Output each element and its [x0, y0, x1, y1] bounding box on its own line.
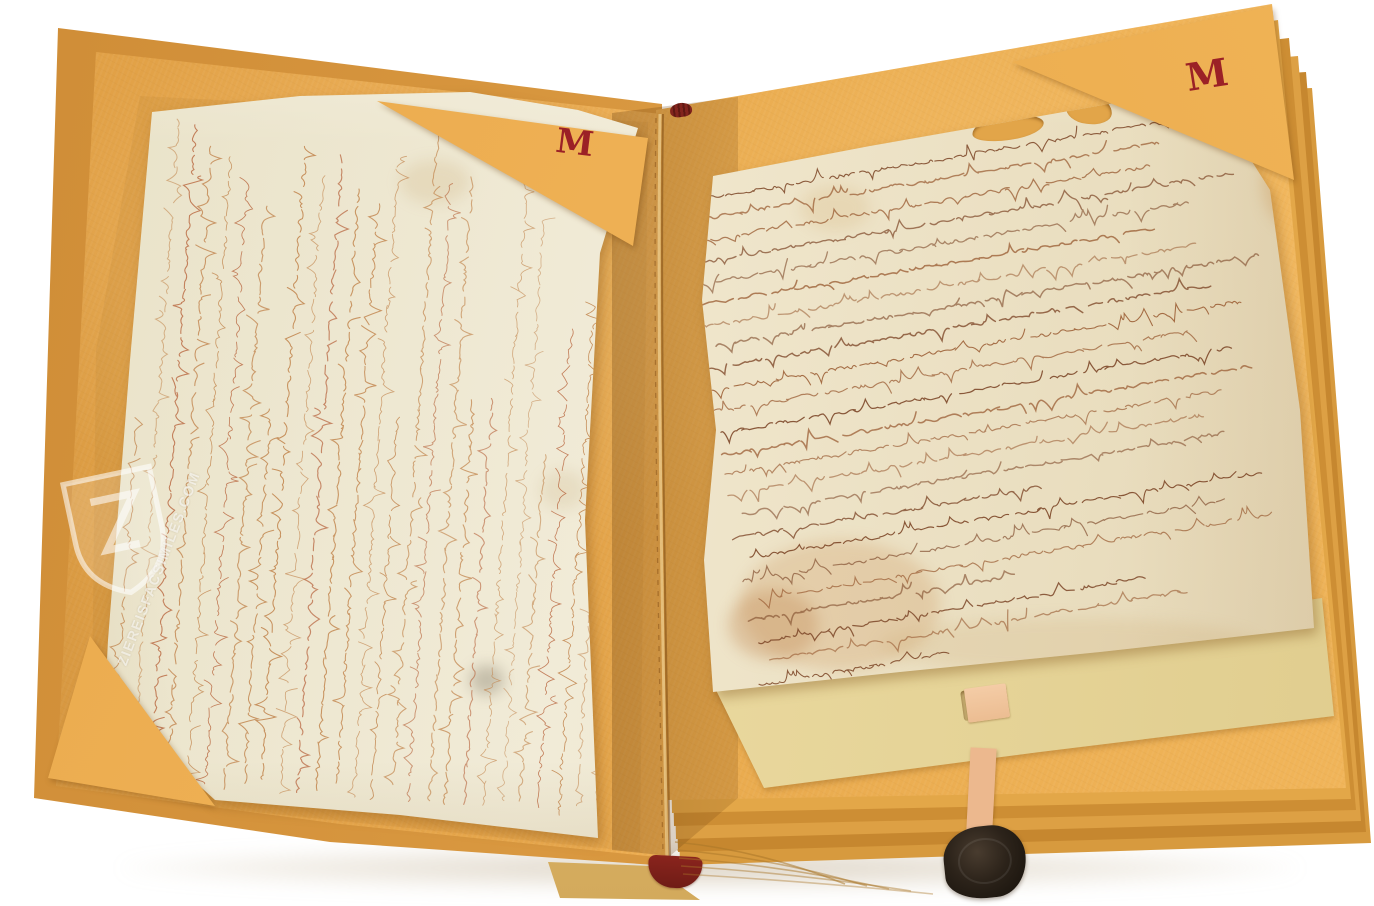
- watermark: ZIEREISFACSIMILES.COM: [60, 450, 300, 705]
- seal-strap-tab: [964, 683, 1010, 723]
- open-manuscript-book-photo: M M: [0, 0, 1374, 906]
